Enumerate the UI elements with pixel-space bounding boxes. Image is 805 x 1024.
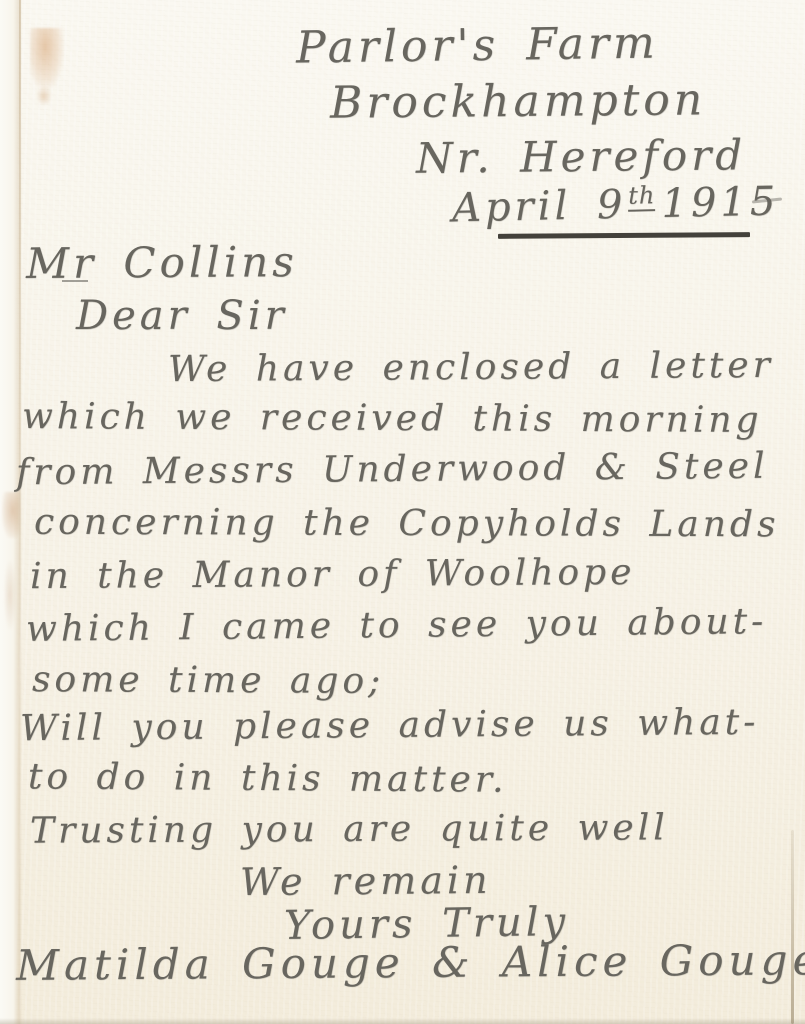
address-line-2: Brockhampton (330, 78, 707, 125)
date-underline (498, 232, 750, 239)
signature-line: Matilda Gouge & Alice Gouge (16, 939, 805, 987)
date-month-day: April 9 (452, 182, 627, 232)
body-line-4: concerning the Copyholds Lands (34, 505, 780, 544)
page-right-edge (791, 830, 794, 1024)
salutation-line: Dear Sir (76, 296, 288, 336)
body-line-5: in the Manor of Woolhope (30, 555, 636, 595)
foxing-stain-top-left-2 (36, 86, 52, 106)
date-line: April 9th1915 (452, 181, 780, 229)
body-line-9: to do in this matter. (28, 759, 508, 798)
address-line-3: Nr. Hereford (416, 134, 747, 179)
letter-scan: Parlor's Farm Brockhampton Nr. Hereford … (0, 0, 805, 1024)
page-bottom-edge (0, 1018, 805, 1024)
body-line-10: Trusting you are quite well (30, 810, 669, 849)
foxing-stain-top-left (30, 28, 64, 90)
recipient-line: Mr Collins (26, 241, 298, 285)
body-line-6: which I came to see you about- (26, 604, 768, 648)
body-line-8: Will you please advise us what- (20, 705, 760, 747)
closing-line-1: We remain (240, 861, 492, 901)
address-line-1: Parlor's Farm (296, 21, 659, 70)
body-line-7: some time ago; (32, 662, 384, 700)
page-left-edge-line (19, 0, 21, 660)
recipient-underline (62, 280, 88, 282)
date-year: 1915 (661, 179, 780, 227)
date-ordinal: th (628, 181, 656, 212)
body-line-2: which we received this morning (22, 399, 763, 439)
body-line-1: We have enclosed a letter (168, 348, 774, 388)
body-line-3: from Messrs Underwood & Steel (16, 449, 769, 492)
